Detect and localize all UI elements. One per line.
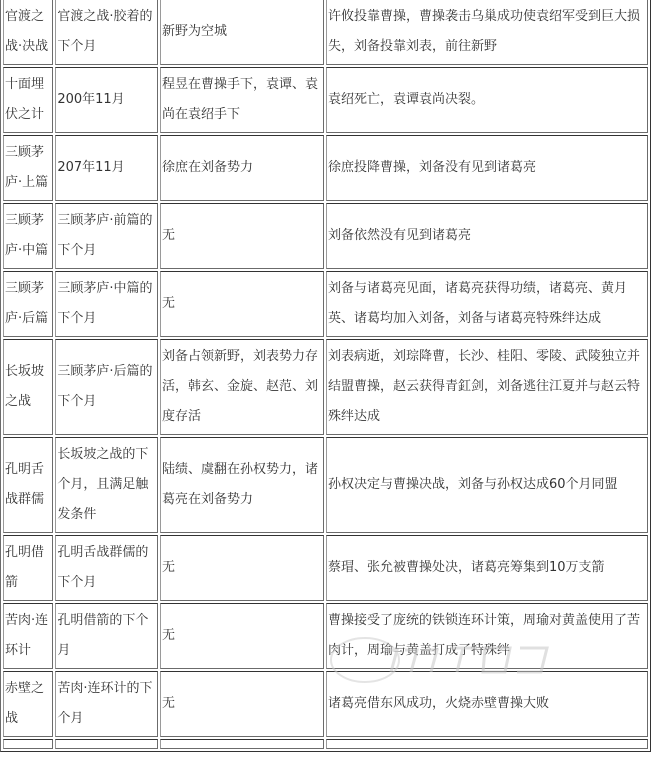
event-name-cell: 孔明借箭	[3, 535, 53, 601]
table-row: 赤壁之战 苦肉·连环计的下个月 无 诸葛亮借东风成功，火烧赤壁曹操大败	[3, 671, 648, 737]
events-table-container: 官渡之战·决战 官渡之战·胶着的下个月 新野为空城 许攸投靠曹操，曹操袭击乌巢成…	[0, 0, 653, 752]
precondition-cell: 新野为空城	[160, 0, 324, 65]
result-cell: 许攸投靠曹操，曹操袭击乌巢成功使袁绍军受到巨大损失，刘备投靠刘表，前往新野	[326, 0, 648, 65]
result-cell: 蔡瑁、张允被曹操处决，诸葛亮筹集到10万支箭	[326, 535, 648, 601]
trigger-time-cell: 孔明舌战群儒的下个月	[55, 535, 158, 601]
table-row: 官渡之战·决战 官渡之战·胶着的下个月 新野为空城 许攸投靠曹操，曹操袭击乌巢成…	[3, 0, 648, 65]
trigger-time-cell: 207年11月	[55, 135, 158, 201]
event-name-cell: 长坂坡之战	[3, 339, 53, 435]
precondition-cell: 无	[160, 671, 324, 737]
trigger-time-cell: 长坂坡之战的下个月，且满足触发条件	[55, 437, 158, 533]
trigger-time-cell: 三顾茅庐·中篇的下个月	[55, 271, 158, 337]
trigger-time-cell: 三顾茅庐·前篇的下个月	[55, 203, 158, 269]
precondition-cell: 刘备占领新野，刘表势力存活，韩玄、金旋、赵范、刘度存活	[160, 339, 324, 435]
event-name-cell: 孔明舌战群儒	[3, 437, 53, 533]
event-name-cell: 三顾茅庐·后篇	[3, 271, 53, 337]
event-name-cell: 三顾茅庐·上篇	[3, 135, 53, 201]
event-name-cell: 赤壁之战	[3, 671, 53, 737]
result-cell: 刘备与诸葛亮见面，诸葛亮获得功绩，诸葛亮、黄月英、诸葛均加入刘备，刘备与诸葛亮特…	[326, 271, 648, 337]
event-name-cell: 官渡之战·决战	[3, 0, 53, 65]
result-cell: 孙权决定与曹操决战，刘备与孙权达成60个月同盟	[326, 437, 648, 533]
trigger-time-cell: 200年11月	[55, 67, 158, 133]
trigger-time-cell: 官渡之战·胶着的下个月	[55, 0, 158, 65]
result-cell: 袁绍死亡，袁谭袁尚决裂。	[326, 67, 648, 133]
table-row: 苦肉·连环计 孔明借箭的下个月 无 曹操接受了庞统的铁锁连环计策，周瑜对黄盖使用…	[3, 603, 648, 669]
trigger-time-cell: 苦肉·连环计的下个月	[55, 671, 158, 737]
result-cell: 刘备依然没有见到诸葛亮	[326, 203, 648, 269]
event-name-cell: 三顾茅庐·中篇	[3, 203, 53, 269]
precondition-cell: 徐庶在刘备势力	[160, 135, 324, 201]
table-row: 长坂坡之战 三顾茅庐·后篇的下个月 刘备占领新野，刘表势力存活，韩玄、金旋、赵范…	[3, 339, 648, 435]
table-row: 三顾茅庐·中篇 三顾茅庐·前篇的下个月 无 刘备依然没有见到诸葛亮	[3, 203, 648, 269]
result-cell: 曹操接受了庞统的铁锁连环计策，周瑜对黄盖使用了苦肉计，周瑜与黄盖打成了特殊绊	[326, 603, 648, 669]
event-name-cell: 十面埋伏之计	[3, 67, 53, 133]
trigger-time-cell: 孔明借箭的下个月	[55, 603, 158, 669]
table-row: 三顾茅庐·后篇 三顾茅庐·中篇的下个月 无 刘备与诸葛亮见面，诸葛亮获得功绩，诸…	[3, 271, 648, 337]
table-row-partial	[3, 739, 648, 749]
table-row: 孔明借箭 孔明舌战群儒的下个月 无 蔡瑁、张允被曹操处决，诸葛亮筹集到10万支箭	[3, 535, 648, 601]
result-cell: 诸葛亮借东风成功，火烧赤壁曹操大败	[326, 671, 648, 737]
event-name-cell: 苦肉·连环计	[3, 603, 53, 669]
partial-cell	[3, 739, 53, 749]
precondition-cell: 无	[160, 271, 324, 337]
precondition-cell: 无	[160, 203, 324, 269]
precondition-cell: 陆绩、虞翻在孙权势力，诸葛亮在刘备势力	[160, 437, 324, 533]
precondition-cell: 程昱在曹操手下，袁谭、袁尚在袁绍手下	[160, 67, 324, 133]
precondition-cell: 无	[160, 535, 324, 601]
trigger-time-cell: 三顾茅庐·后篇的下个月	[55, 339, 158, 435]
table-row: 三顾茅庐·上篇 207年11月 徐庶在刘备势力 徐庶投降曹操，刘备没有见到诸葛亮	[3, 135, 648, 201]
result-cell: 刘表病逝，刘琮降曹，长沙、桂阳、零陵、武陵独立并结盟曹操，赵云获得青釭剑，刘备逃…	[326, 339, 648, 435]
partial-cell	[326, 739, 648, 749]
result-cell: 徐庶投降曹操，刘备没有见到诸葛亮	[326, 135, 648, 201]
table-row: 孔明舌战群儒 长坂坡之战的下个月，且满足触发条件 陆绩、虞翻在孙权势力，诸葛亮在…	[3, 437, 648, 533]
partial-cell	[160, 739, 324, 749]
events-table: 官渡之战·决战 官渡之战·胶着的下个月 新野为空城 许攸投靠曹操，曹操袭击乌巢成…	[0, 0, 651, 752]
precondition-cell: 无	[160, 603, 324, 669]
table-row: 十面埋伏之计 200年11月 程昱在曹操手下，袁谭、袁尚在袁绍手下 袁绍死亡，袁…	[3, 67, 648, 133]
partial-cell	[55, 739, 158, 749]
